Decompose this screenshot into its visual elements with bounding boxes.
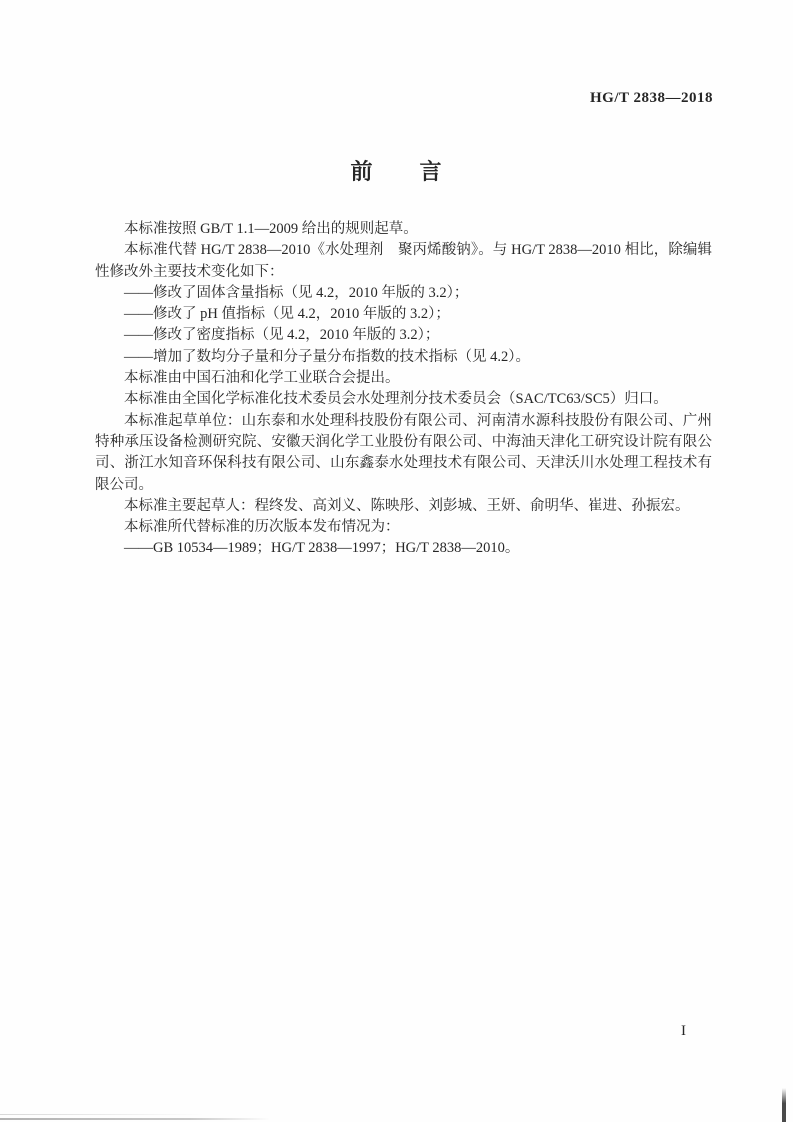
para-drafting-organizations: 本标准起草单位：山东泰和水处理科技股份有限公司、河南清水源科技股份有限公司、广州… — [95, 411, 712, 496]
para-main-drafters: 本标准主要起草人：程终发、高刘义、陈映彤、刘彭城、王妍、俞明华、崔进、孙振宏。 — [95, 496, 712, 517]
scan-edge-artifact-faint — [0, 1114, 205, 1115]
scan-edge-artifact — [0, 1118, 270, 1120]
change-item-ph: ——修改了 pH 值指标（见 4.2，2010 年版的 3.2）； — [95, 304, 712, 325]
para-replaced-standard: 本标准代替 HG/T 2838—2010《水处理剂 聚丙烯酸钠》。与 HG/T … — [95, 240, 712, 283]
standard-code-header: HG/T 2838—2018 — [590, 90, 713, 107]
page-number: I — [681, 1023, 686, 1040]
para-previous-versions-list: ——GB 10534—1989；HG/T 2838—1997；HG/T 2838… — [95, 538, 712, 559]
page-title: 前 言 — [0, 155, 793, 186]
scan-right-edge-artifact — [782, 1088, 786, 1122]
para-drafting-rules: 本标准按照 GB/T 1.1—2009 给出的规则起草。 — [95, 219, 712, 240]
para-under-jurisdiction: 本标准由全国化学标准化技术委员会水处理剂分技术委员会（SAC/TC63/SC5）… — [95, 389, 712, 410]
scanned-page: HG/T 2838—2018 前 言 本标准按照 GB/T 1.1—2009 给… — [0, 0, 793, 1122]
para-proposed-by: 本标准由中国石油和化学工业联合会提出。 — [95, 368, 712, 389]
para-previous-versions-intro: 本标准所代替标准的历次版本发布情况为： — [95, 517, 712, 538]
change-item-density: ——修改了密度指标（见 4.2，2010 年版的 3.2）； — [95, 325, 712, 346]
change-item-solid-content: ——修改了固体含量指标（见 4.2，2010 年版的 3.2）； — [95, 283, 712, 304]
change-item-molecular-weight: ——增加了数均分子量和分子量分布指数的技术指标（见 4.2）。 — [95, 347, 712, 368]
document-body: 本标准按照 GB/T 1.1—2009 给出的规则起草。 本标准代替 HG/T … — [95, 219, 712, 560]
